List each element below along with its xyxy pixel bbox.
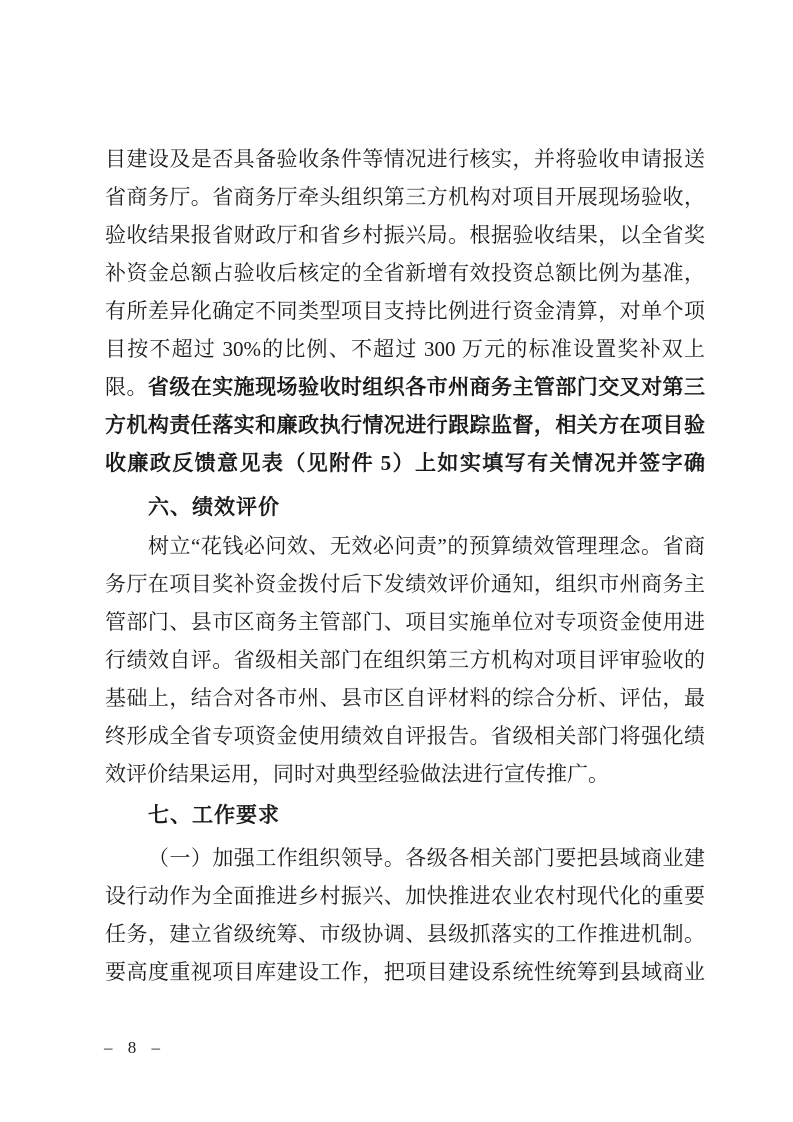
text-line: 终形成全省专项资金使用绩效自评报告。省级相关部门将强化绩 <box>105 717 705 755</box>
text-line: 设行动作为全面推进乡村振兴、加快推进农业农村现代化的重要 <box>105 877 705 915</box>
page-number: – 8 – <box>104 1034 164 1062</box>
text-line: 任务，建立省级统筹、市级协调、县级抓落实的工作推进机制。 <box>105 915 705 953</box>
bold-emphasis-line: 方机构责任落实和廉政执行情况进行跟踪监督，相关方在项目验 <box>105 406 705 444</box>
section-heading-performance-evaluation: 六、绩效评价 <box>105 489 705 527</box>
text-line: 务厅在项目奖补资金拨付后下发绩效评价通知，组织市州商务主 <box>105 565 705 603</box>
text-line: 要高度重视项目库建设工作，把项目建设系统性统筹到县域商业 <box>105 953 705 991</box>
document-page: 目建设及是否具备验收条件等情况进行核实，并将验收申请报送 省商务厅。省商务厅牵头… <box>0 0 793 1122</box>
text-line: 行绩效自评。省级相关部门在组织第三方机构对项目评审验收的 <box>105 641 705 679</box>
bold-emphasis-segment: 省级在实施现场验收时组织各市州商务主管部门交叉对第三 <box>148 375 705 399</box>
text-line: 目按不超过 30%的比例、不超过 300 万元的标准设置奖补双上 <box>105 330 705 368</box>
paragraph-last-line: 效评价结果运用，同时对典型经验做法进行宣传推广。 <box>105 755 705 793</box>
document-body: 目建设及是否具备验收条件等情况进行核实，并将验收申请报送 省商务厅。省商务厅牵头… <box>105 140 705 991</box>
text-line: 目建设及是否具备验收条件等情况进行核实，并将验收申请报送 <box>105 140 705 178</box>
paragraph-lead-in: （一）加强工作组织领导。 <box>148 846 405 870</box>
text-line: 管部门、县市区商务主管部门、项目实施单位对专项资金使用进 <box>105 603 705 641</box>
text-line: 省商务厅。省商务厅牵头组织第三方机构对项目开展现场验收， <box>105 178 705 216</box>
text-regular-segment: 限。 <box>105 375 148 399</box>
paragraph-first-line: （一）加强工作组织领导。各级各相关部门要把县域商业建 <box>105 839 705 877</box>
paragraph-first-line: 树立“花钱必问效、无效必问责”的预算绩效管理理念。省商 <box>105 527 705 565</box>
text-line: 补资金总额占验收后核定的全省新增有效投资总额比例为基准， <box>105 254 705 292</box>
bold-emphasis-line: 收廉政反馈意见表（见附件 5）上如实填写有关情况并签字确认。 <box>105 444 705 482</box>
text-line: 有所差异化确定不同类型项目支持比例进行资金清算，对单个项 <box>105 292 705 330</box>
text-line: 基础上，结合对各市州、县市区自评材料的综合分析、评估，最 <box>105 679 705 717</box>
text-line-mixed: 限。省级在实施现场验收时组织各市州商务主管部门交叉对第三 <box>105 368 705 406</box>
text-regular-segment: 各级各相关部门要把县域商业建 <box>405 846 705 870</box>
text-line: 验收结果报省财政厅和省乡村振兴局。根据验收结果，以全省奖 <box>105 216 705 254</box>
section-heading-work-requirements: 七、工作要求 <box>105 797 705 835</box>
